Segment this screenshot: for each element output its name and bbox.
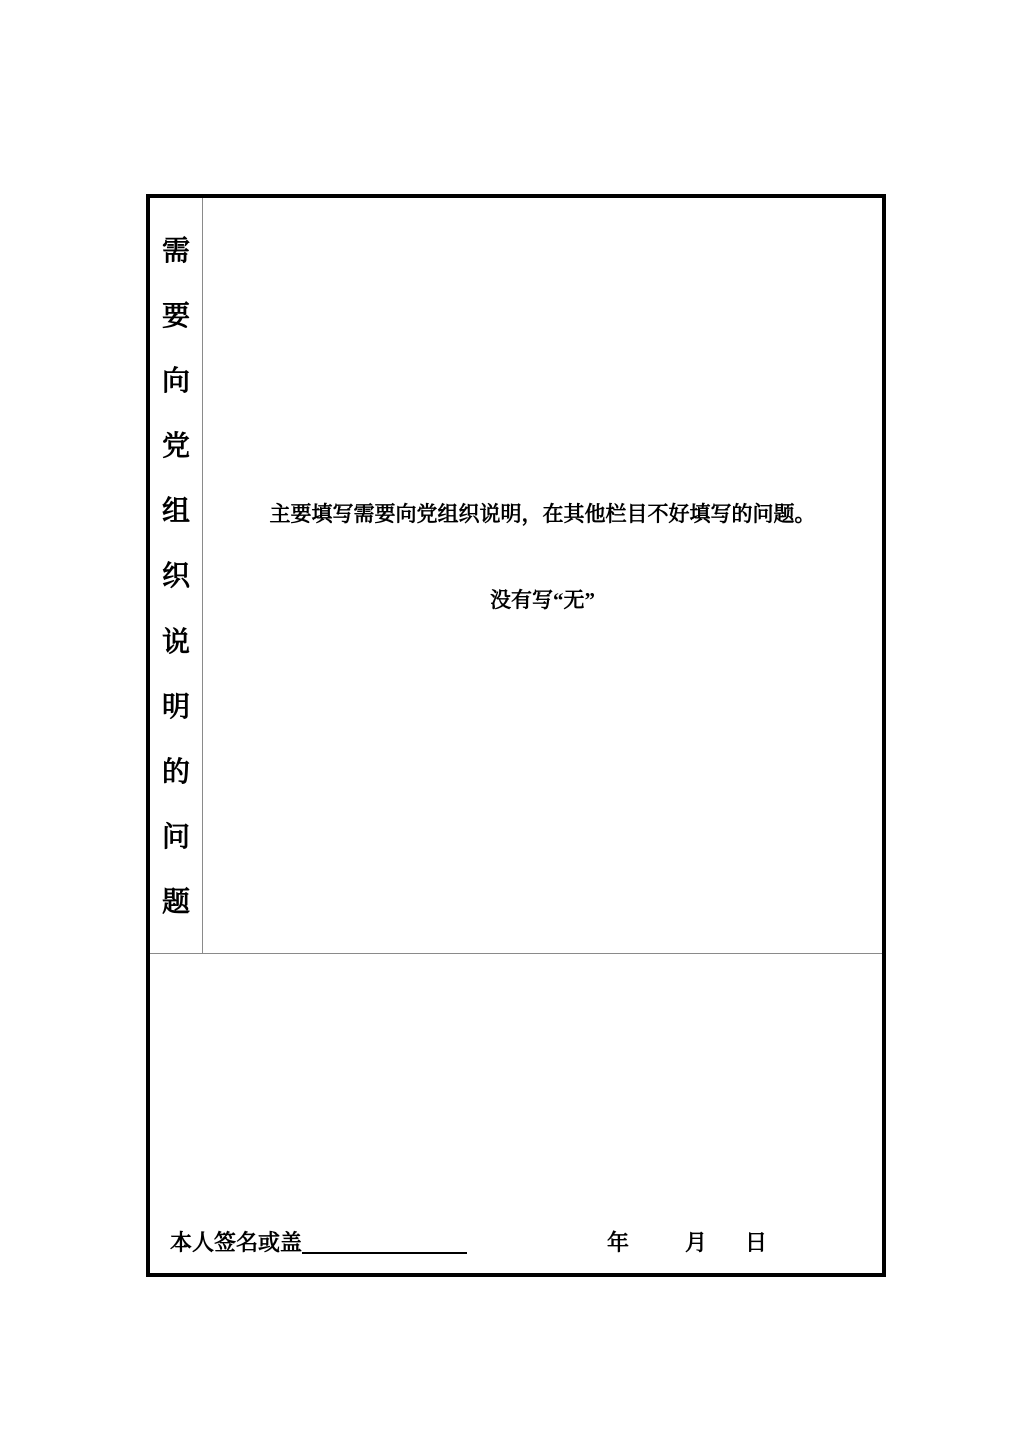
section-label-char: 要 [162, 303, 190, 331]
signature-line [302, 1252, 467, 1254]
section-label-char: 织 [162, 563, 190, 591]
form-table: 需 要 向 党 组 织 说 明 的 问 题 主要填写需要向党组织说明，在其他栏目… [146, 194, 886, 1277]
section-label-char: 需 [162, 238, 190, 266]
section-label-char: 问 [162, 824, 190, 852]
section-label-char: 向 [162, 368, 190, 396]
section-label-char: 说 [162, 629, 190, 657]
section-label-char: 党 [162, 433, 190, 461]
instruction-line-1: 主要填写需要向党组织说明，在其他栏目不好填写的问题。 [270, 498, 816, 528]
page: { "form": { "section_label": "需要向党组织说明的问… [0, 0, 1024, 1447]
section-label-char: 题 [162, 889, 190, 917]
signature-area: 本人签名或盖 年 月 日 [170, 1226, 882, 1257]
signature-label: 本人签名或盖 [170, 1226, 302, 1257]
section-header-cell: 需 要 向 党 组 织 说 明 的 问 题 [150, 198, 203, 953]
section-label-char: 组 [162, 498, 190, 526]
section-content-cell: 主要填写需要向党组织说明，在其他栏目不好填写的问题。 没有写“无” [203, 198, 882, 953]
section-label-char: 的 [162, 759, 190, 787]
section-label-char: 明 [162, 694, 190, 722]
signature-row: 本人签名或盖 年 月 日 [150, 954, 882, 1273]
date-year-label: 年 [607, 1226, 629, 1257]
date-month-label: 月 [685, 1226, 707, 1257]
date-day-label: 日 [745, 1226, 767, 1257]
section-row: 需 要 向 党 组 织 说 明 的 问 题 主要填写需要向党组织说明，在其他栏目… [150, 198, 882, 954]
instruction-line-2: 没有写“无” [490, 584, 595, 614]
